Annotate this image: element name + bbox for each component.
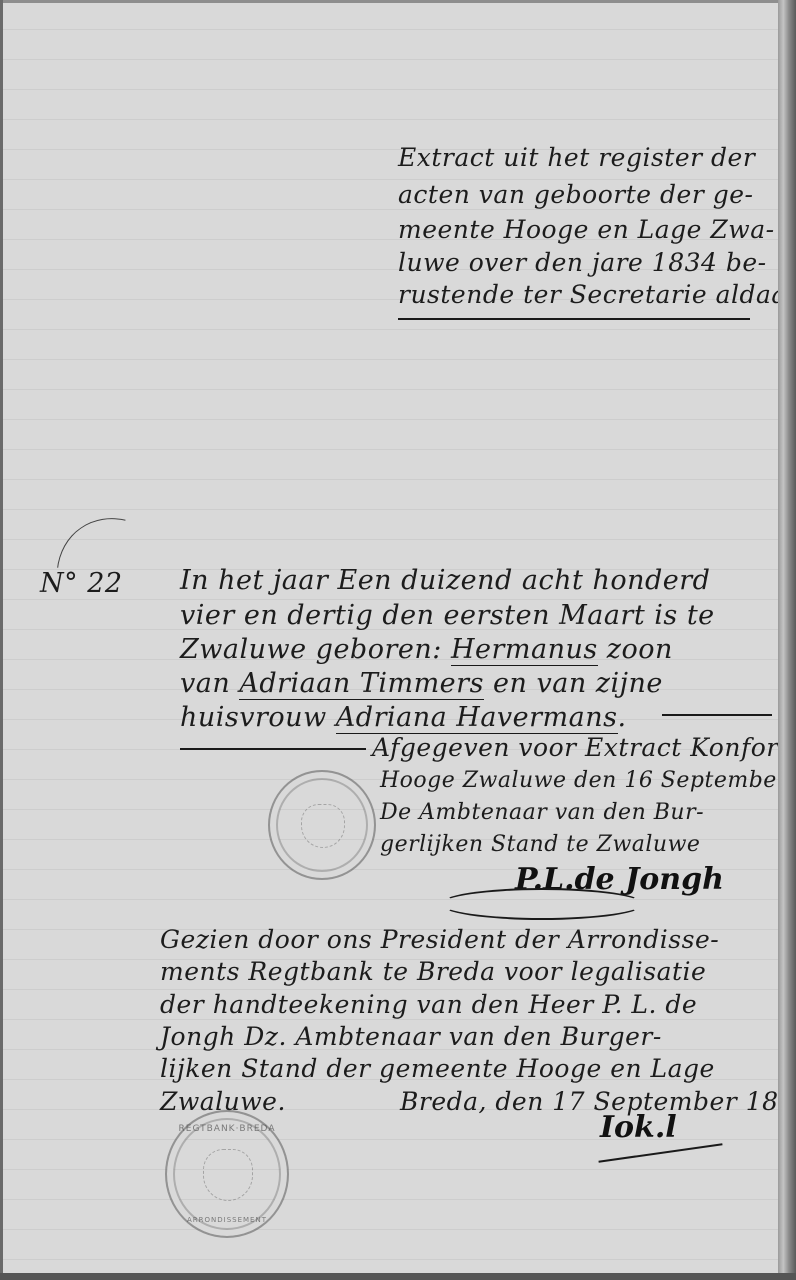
relation: zoon [607,634,673,665]
line-filler-1 [662,714,772,716]
entry-line-2: vier en dertig den eersten Maart is te [180,600,715,631]
court-seal-crest-icon [203,1149,253,1201]
court-seal-top-text: REGTBANK·BREDA [167,1124,287,1134]
born-phrase: Zwaluwe geboren: [180,634,442,665]
president-signature: Iok.l [600,1110,677,1145]
legalisation-line-1: Gezien door ons President der Arrondisse… [160,925,719,954]
page-binding-edge [778,0,796,1280]
father-name: Adriaan Timmers [239,668,484,700]
entry-number: N° 22 [40,568,123,599]
end-mark: . [618,702,627,733]
court-seal-bottom-text: ARRONDISSEMENT [167,1216,287,1224]
legalisation-line-4: Jongh Dz. Ambtenaar van den Burger- [160,1022,662,1051]
header-line-4: luwe over den jare 1834 be- [398,248,767,277]
certification-line-1: Afgegeven voor Extract Konform [372,733,796,762]
document-page: Extract uit het register der acten van g… [0,0,780,1275]
header-divider [398,318,750,320]
certification-line-3: De Ambtenaar van den Bur- [380,800,704,825]
court-seal: REGTBANK·BREDA ARRONDISSEMENT [165,1110,289,1238]
header-line-5: rustende ter Secretarie aldaar. [398,280,796,309]
scan-left-edge [0,0,3,1280]
entry-line-1: In het jaar Een duizend acht honderd [180,565,710,596]
signature-flourish [440,888,644,920]
legalisation-line-2: ments Regtbank te Breda voor legalisatie [160,957,706,986]
legalisation-line-3: der handteekening van den Heer P. L. de [160,990,697,1019]
scan-bottom-edge [0,1273,796,1280]
mother-name: Adriana Havermans [336,702,618,734]
header-line-2: acten van geboorte der ge- [398,180,753,209]
scan-top-edge [0,0,780,3]
legalisation-line-5: lijken Stand der gemeente Hooge en Lage [160,1054,715,1083]
entry-line-5: huisvrouw Adriana Havermans. [180,702,627,733]
certification-line-4: gerlijken Stand te Zwaluwe [380,832,700,857]
child-name: Hermanus [451,634,598,666]
legalisation-place-date: Breda, den 17 September 1872. [400,1087,796,1116]
line-filler-2 [180,748,366,750]
entry-line-3: Zwaluwe geboren: Hermanus zoon [180,634,673,665]
entry-line-4: van Adriaan Timmers en van zijne [180,668,663,699]
seal-crest-icon [301,804,345,848]
and-his-phrase: en van zijne [493,668,663,699]
wife-word: huisvrouw [180,702,327,733]
of-word: van [180,668,230,699]
president-signature-underline [598,1143,722,1162]
municipal-seal [268,770,376,880]
header-line-3: meente Hooge en Lage Zwa- [398,215,775,244]
header-line-1: Extract uit het register der [398,143,755,172]
certification-line-2: Hooge Zwaluwe den 16 September 1872 [380,768,796,793]
